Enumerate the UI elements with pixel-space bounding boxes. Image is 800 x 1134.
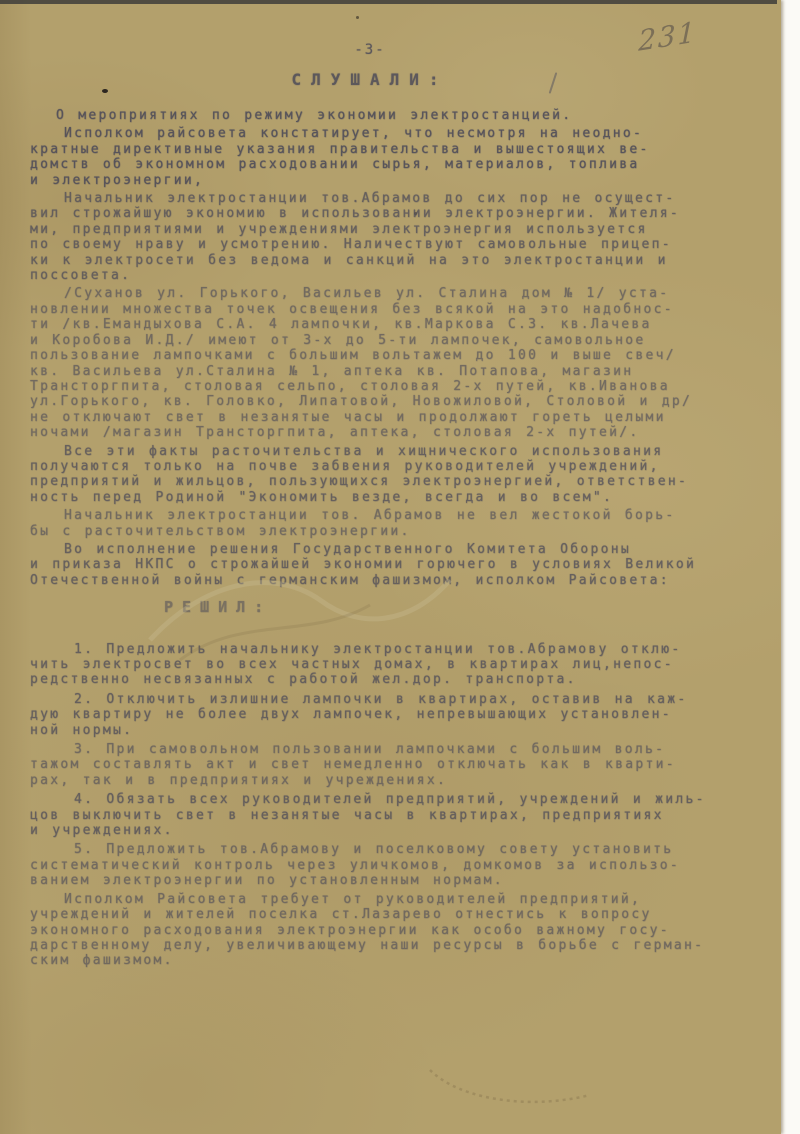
body-paragraph: Все эти факты расточительства и хищничес… xyxy=(30,444,769,506)
pencil-smudge xyxy=(420,1055,600,1115)
top-edge-shadow xyxy=(0,0,777,4)
document-subject: О мероприятиях по режиму экономии электр… xyxy=(30,108,769,123)
body-paragraph: /Суханов ул. Горького, Васильев ул. Стал… xyxy=(30,286,769,440)
resolution-item: 4. Обязать всех руководителей предприяти… xyxy=(30,792,769,838)
resolution-item: 3. При самовольном пользовании лампочкам… xyxy=(30,742,769,788)
resolution-heading: РЕШИЛ: xyxy=(164,600,769,615)
body-paragraph: Во исполнение решения Государственного К… xyxy=(30,542,769,588)
ink-speck xyxy=(102,89,108,93)
body-paragraph: Начальник электростанции тов.Абрамов до … xyxy=(30,191,769,283)
section-heading-slushali: СЛУШАЛИ: xyxy=(0,70,740,89)
body-paragraph: Исполком райсовета констатирует, что нес… xyxy=(30,126,769,188)
scan-background: 231 -3- СЛУШАЛИ: О мероприятиях по режим… xyxy=(0,0,800,1134)
resolution-item: 5. Предложить тов.Абрамову и поселковому… xyxy=(30,842,769,888)
resolution-item: 2. Отключить излишние лампочки в квартир… xyxy=(30,692,769,738)
document-page: 231 -3- СЛУШАЛИ: О мероприятиях по режим… xyxy=(0,0,781,1134)
body-paragraph: Начальник электростанции тов. Абрамов не… xyxy=(30,508,769,539)
resolution-item: 1. Предложить начальнику электростанции … xyxy=(30,642,769,688)
closing-paragraph: Исполком Райсовета требует от руководите… xyxy=(30,892,769,969)
scanned-archive-page: { "document": { "folio_number": "231", "… xyxy=(0,0,800,1134)
document-body: О мероприятиях по режиму экономии электр… xyxy=(0,108,781,972)
typed-page-number: -3- xyxy=(0,42,740,58)
ink-speck xyxy=(356,16,359,19)
